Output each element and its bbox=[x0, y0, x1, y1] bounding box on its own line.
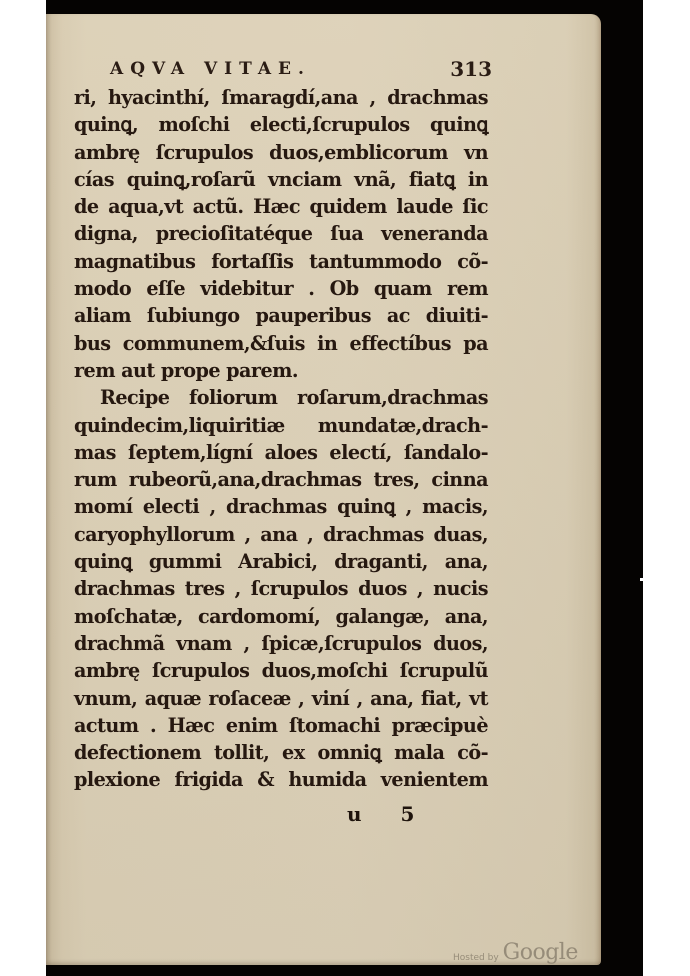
text-line: momí electi , drachmas quinꝗ , macis, bbox=[74, 493, 488, 520]
text-line: defectionem tollit, ex omniꝗ mala cõ- bbox=[74, 739, 488, 766]
text-line: ri, hyacinthí, ſmaragdí,ana , drachmas bbox=[74, 84, 488, 111]
scroll-indicator[interactable] bbox=[640, 578, 643, 581]
text-line: cías quinꝗ,roſarũ vnciam vnã, fiatꝗ in bbox=[74, 166, 488, 193]
text-line: ambrę ſcrupulos duos,emblicorum vn bbox=[74, 139, 488, 166]
text-line: drachmas tres , ſcrupulos duos , nucis bbox=[74, 575, 488, 602]
text-line: drachmã vnam , ſpicæ,ſcrupulos duos, bbox=[74, 630, 488, 657]
text-line: quinꝗ gummi Arabici, draganti, ana, bbox=[74, 548, 488, 575]
paragraph-end-line: rem aut prope parem. bbox=[74, 357, 488, 384]
paragraph-start-line: Recipe foliorum roſarum,drachmas bbox=[74, 384, 488, 411]
text-line: digna, precioſitatéque ſua veneranda bbox=[74, 220, 488, 247]
text-line: aliam ſubiungo pauperibus ac diuiti- bbox=[74, 302, 488, 329]
text-line: actum . Hæc enim ſtomachi præcipuè bbox=[74, 712, 488, 739]
text-line: de aqua,vt actũ. Hæc quidem laude ſic bbox=[74, 193, 488, 220]
text-line: ambrę ſcrupulos duos,moſchi ſcrupulũ bbox=[74, 657, 488, 684]
signature-mark: u 5 bbox=[347, 802, 430, 826]
watermark-prefix: Hosted by bbox=[453, 953, 499, 963]
text-line: plexione frigida & humida venientem bbox=[74, 766, 488, 793]
text-line: quinꝗ, moſchi electi,ſcrupulos quinꝗ bbox=[74, 111, 488, 138]
body-text: ri, hyacinthí, ſmaragdí,ana , drachmas q… bbox=[74, 84, 488, 794]
google-logo: Google bbox=[503, 940, 578, 965]
text-line: magnatibus fortaſſis tantummodo cõ- bbox=[74, 248, 488, 275]
hosted-by-google-watermark: Hosted by Google bbox=[453, 940, 578, 964]
text-line: vnum, aquæ roſaceæ , viní , ana, fiat, v… bbox=[74, 685, 488, 712]
text-line: bus communem,&ſuis in effectíbus pa bbox=[74, 330, 488, 357]
running-head: AQVA VITAE. 313 bbox=[110, 57, 492, 83]
text-line: moſchatæ, cardomomí, galangæ, ana, bbox=[74, 603, 488, 630]
text-line: rum rubeorũ,ana,drachmas tres, cinna bbox=[74, 466, 488, 493]
text-line: modo eſſe videbitur . Ob quam rem bbox=[74, 275, 488, 302]
page-number: 313 bbox=[450, 57, 492, 81]
text-line: caryophyllorum , ana , drachmas duas, bbox=[74, 521, 488, 548]
text-line: quindecim,liquiritiæ mundatæ,drach- bbox=[74, 412, 488, 439]
text-line: mas ſeptem,lígní aloes electí, ſandalo- bbox=[74, 439, 488, 466]
running-title: AQVA VITAE. bbox=[110, 59, 311, 79]
